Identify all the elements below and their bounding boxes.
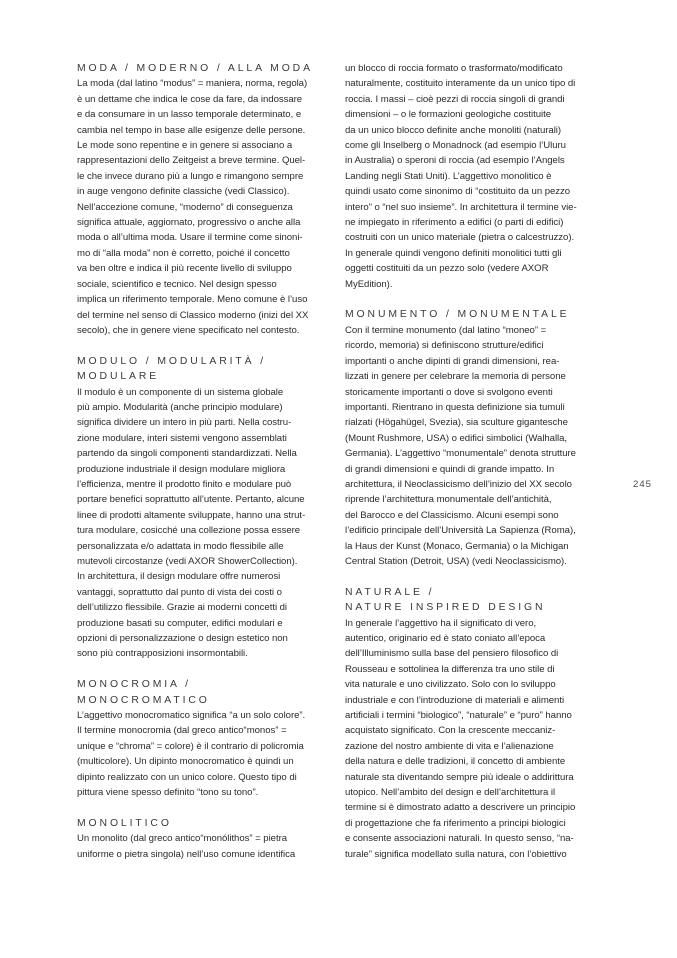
entry-body: In generale l’aggettivo ha il significat… — [345, 616, 607, 863]
entry-monumento: MONUMENTO / MONUMENTALE Con il termine m… — [345, 307, 607, 569]
left-column: MODA / MODERNO / ALLA MODA La moda (dal … — [77, 61, 339, 877]
entry-body: Con il termine monumento (dal latino “mo… — [345, 323, 607, 570]
entry-monolitico: MONOLITICO Un monolito (dal greco antico… — [77, 816, 339, 862]
entry-title: MODA / MODERNO / ALLA MODA — [77, 61, 339, 76]
entry-title: MONOLITICO — [77, 816, 339, 831]
page-number: 245 — [633, 479, 652, 490]
entry-body: La moda (dal latino “modus” = maniera, n… — [77, 76, 339, 338]
right-column: un blocco di roccia formato o trasformat… — [345, 61, 607, 877]
entry-monocromia: MONOCROMIA / MONOCROMATICO L’aggettivo m… — [77, 677, 339, 800]
entry-modulo: MODULO / MODULARITÀ / MODULARE Il modulo… — [77, 354, 339, 662]
entry-body: un blocco di roccia formato o trasformat… — [345, 61, 607, 292]
entry-title: MONUMENTO / MONUMENTALE — [345, 307, 607, 322]
entry-body: Il modulo è un componente di un sistema … — [77, 385, 339, 662]
entry-monolitico-continued: un blocco di roccia formato o trasformat… — [345, 61, 607, 292]
entry-body: Un monolito (dal greco antico“monólithos… — [77, 831, 339, 862]
entry-title: MONOCROMIA / MONOCROMATICO — [77, 677, 339, 708]
entry-naturale: NATURALE / NATURE INSPIRED DESIGN In gen… — [345, 585, 607, 862]
entry-title: NATURALE / NATURE INSPIRED DESIGN — [345, 585, 607, 616]
entry-moda: MODA / MODERNO / ALLA MODA La moda (dal … — [77, 61, 339, 338]
entry-title: MODULO / MODULARITÀ / MODULARE — [77, 354, 339, 385]
entry-body: L’aggettivo monocromatico significa “a u… — [77, 708, 339, 800]
